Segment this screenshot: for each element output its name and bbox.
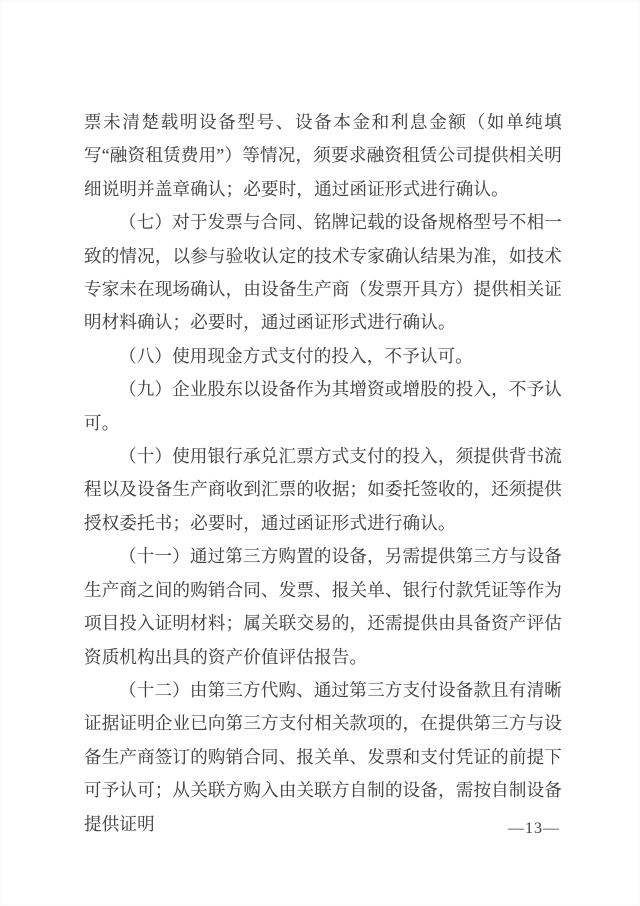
paragraph-item-8: （八）使用现金方式支付的投入，不予认可。 [84,340,562,373]
document-body: 票未清楚载明设备型号、设备本金和利息金额（如单纯填写“融资租赁费用”）等情况，须… [84,106,562,841]
paragraph-item-12: （十二）由第三方代购、通过第三方支付设备款且有清晰证据证明企业已向第三方支付相关… [84,674,562,841]
paragraph-item-9: （九）企业股东以设备作为其增资或增股的投入，不予认可。 [84,373,562,440]
paragraph-item-10: （十）使用银行承兑汇票方式支付的投入，须提供背书流程以及设备生产商收到汇票的收据… [84,440,562,540]
document-page: 票未清楚载明设备型号、设备本金和利息金额（如单纯填写“融资租赁费用”）等情况，须… [0,0,640,906]
paragraph-continuation: 票未清楚载明设备型号、设备本金和利息金额（如单纯填写“融资租赁费用”）等情况，须… [84,106,562,206]
paragraph-item-7: （七）对于发票与合同、铭牌记载的设备规格型号不相一致的情况，以参与验收认定的技术… [84,206,562,340]
paragraph-item-11: （十一）通过第三方购置的设备，另需提供第三方与设备生产商之间的购销合同、发票、报… [84,540,562,674]
page-number: —13— [508,820,560,838]
